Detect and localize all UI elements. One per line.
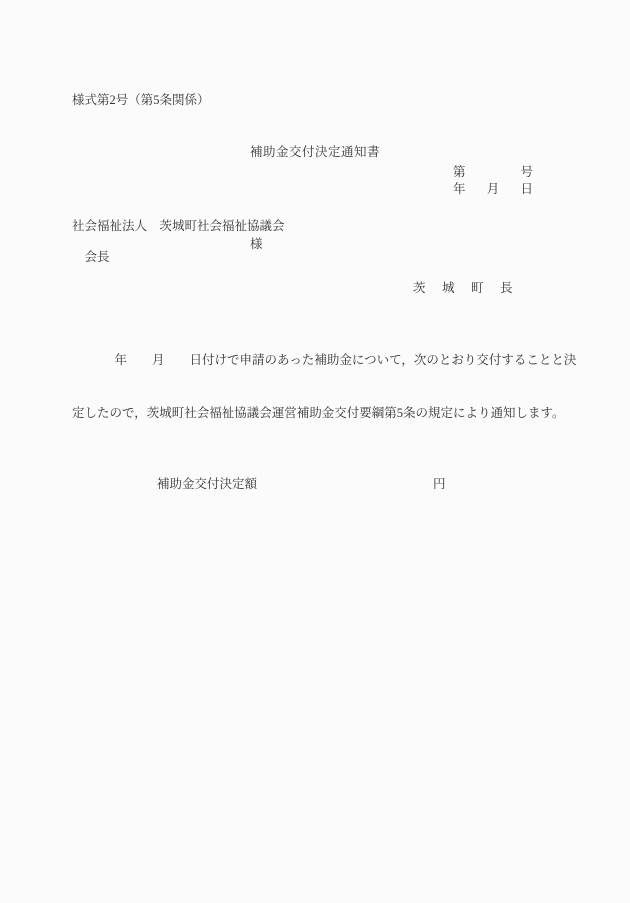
- amount-label: 補助金交付決定額: [157, 478, 257, 491]
- sender-title: 茨 城 町 長: [413, 282, 515, 295]
- body-line-2: 定したので，茨城町社会福祉協議会運営補助金交付要綱第5条の規定により通知します。: [72, 405, 577, 423]
- date-year-label: 年: [453, 183, 466, 196]
- date-month-label: 月: [487, 183, 500, 196]
- recipient-role: 会長: [85, 250, 110, 264]
- body-paragraph: 年 月 日付けで申請のあった補助金について，次のとおり交付することと決 定したの…: [72, 317, 577, 457]
- document-page: 様式第2号（第5条関係） 補助金交付決定通知書 第 号 年 月 日 社会福祉法人…: [0, 0, 630, 903]
- form-style-label: 様式第2号（第5条関係）: [72, 94, 210, 107]
- number-prefix-label: 第: [453, 166, 466, 179]
- date-day-label: 日: [520, 183, 533, 196]
- number-suffix-label: 号: [520, 166, 533, 179]
- body-line-1: 年 月 日付けで申請のあった補助金について，次のとおり交付することと決: [72, 352, 577, 370]
- amount-unit-label: 円: [433, 478, 446, 491]
- amount-row: 補助金交付決定額 円: [0, 478, 630, 494]
- document-date-line: 年 月 日: [453, 183, 533, 196]
- document-number-line: 第 号: [453, 166, 533, 179]
- recipient-honorific: 様: [250, 238, 263, 251]
- recipient-organization: 社会福祉法人 茨城町社会福祉協議会: [72, 220, 285, 233]
- document-title: 補助金交付決定通知書: [0, 146, 630, 159]
